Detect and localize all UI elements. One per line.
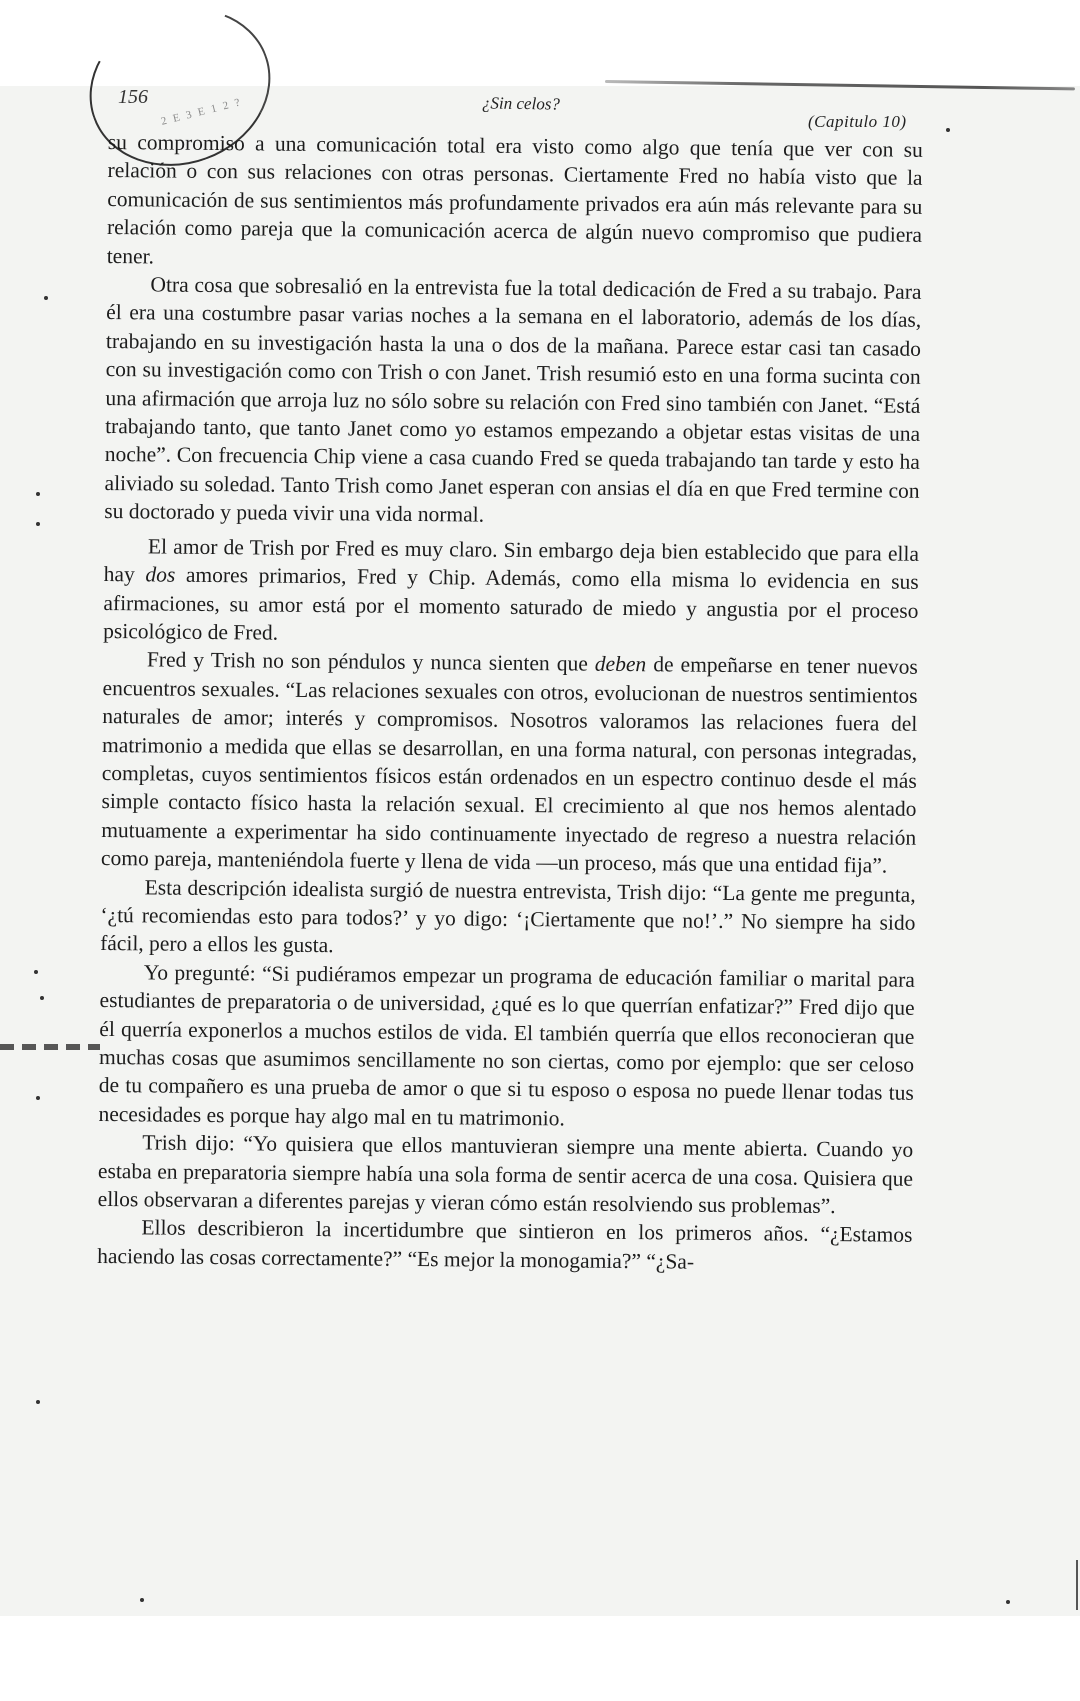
- paragraph: Esta descripción idealista surgió de nue…: [100, 873, 916, 966]
- paragraph: Otra cosa que sobresalió en la entrevist…: [104, 270, 921, 533]
- scan-speck: [36, 522, 40, 526]
- emphasis-text: deben: [595, 652, 647, 676]
- paragraph: su compromiso a una comunicación total e…: [107, 128, 923, 278]
- paragraph: El amor de Trish por Fred es muy claro. …: [103, 532, 919, 653]
- paragraph: Fred y Trish no son péndulos y nunca sie…: [101, 645, 918, 880]
- page-edge-right: [1076, 1560, 1078, 1610]
- text-run: Fred y Trish no son péndulos y nunca sie…: [147, 648, 595, 676]
- paragraph: Yo pregunté: “Si pudiéramos empezar un p…: [98, 958, 915, 1136]
- running-title: ¿Sin celos?: [482, 93, 560, 114]
- scan-speck: [36, 1096, 40, 1100]
- scan-speck: [1006, 1600, 1010, 1604]
- paragraph: Ellos describieron la incertidumbre que …: [97, 1213, 913, 1278]
- scan-speck: [36, 492, 40, 496]
- scan-speck: [34, 970, 38, 974]
- text-run: de empeñarse en tener nuevos encuentros …: [101, 653, 918, 878]
- text-run: amores primarios, Fred y Chip. Además, c…: [103, 563, 919, 645]
- chapter-label: (Capitulo 10): [808, 112, 907, 132]
- scan-speck: [40, 996, 44, 1000]
- paragraph: Trish dijo: “Yo quisiera que ellos mantu…: [98, 1128, 914, 1221]
- body-text: su compromiso a una comunicación total e…: [97, 128, 923, 1278]
- scan-speck: [36, 1400, 40, 1404]
- scan-speck: [140, 1598, 144, 1602]
- scan-speck: [946, 128, 950, 132]
- page-number: 156: [118, 86, 148, 109]
- emphasis-text: dos: [145, 562, 175, 586]
- scan-smudge: [0, 1044, 100, 1050]
- scan-speck: [44, 296, 48, 300]
